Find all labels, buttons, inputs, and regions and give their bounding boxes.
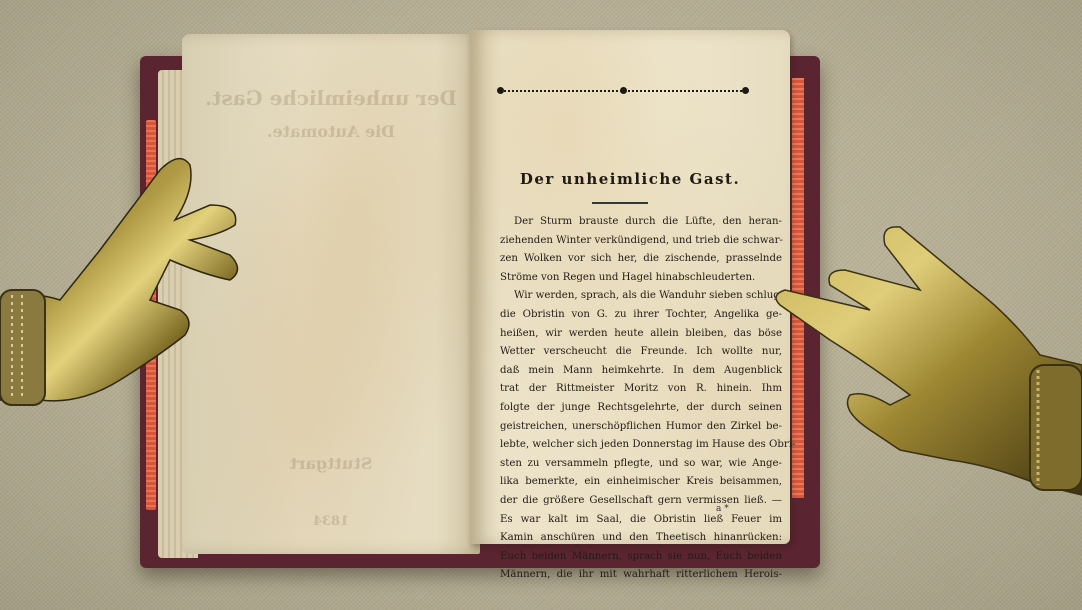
- text-line: Kamin anschüren und den Theetisch hinanr…: [500, 529, 782, 548]
- text-line: Euch beiden Männern, sprach sie nun, Euc…: [500, 548, 782, 567]
- text-line: lika bemerkte, ein einheimischer Kreis b…: [500, 473, 782, 492]
- text-line: heißen, wir werden heute allein bleiben,…: [500, 325, 782, 344]
- ornament-bead: [620, 87, 627, 94]
- ornament-bead: [497, 87, 504, 94]
- ornament-bead: [742, 87, 749, 94]
- title-rule: [592, 202, 648, 204]
- text-line: geistreichen, unerschöpflichen Humor den…: [500, 418, 782, 437]
- text-line: zen Wolken vor sich her, die zischende, …: [500, 250, 782, 269]
- text-line: Es war kalt im Saal, die Obristin ließ F…: [500, 511, 782, 530]
- brass-hand-right: [770, 215, 1082, 505]
- brass-hand-left: [0, 150, 250, 420]
- photo-scene: Der unheimliche Gast. Die Automate. Stut…: [0, 0, 1082, 610]
- show-through-subtitle: Die Automate.: [182, 122, 480, 141]
- text-line: daß mein Mann heimkehrte. In dem Augenbl…: [500, 362, 782, 381]
- show-through-place: Stuttgart: [182, 454, 480, 473]
- text-line: der die größere Gesellschaft gern vermis…: [500, 492, 782, 511]
- text-line: lebte, welcher sich jeden Donnerstag im …: [500, 436, 782, 455]
- text-line: Ströme von Regen und Hagel hinabschleude…: [500, 269, 782, 288]
- text-line: Männern, die ihr mit wahrhaft ritterlich…: [500, 566, 782, 585]
- text-line: Der Sturm brauste durch die Lüfte, den h…: [500, 213, 782, 232]
- signature-mark: a *: [716, 504, 729, 514]
- right-page: Der unheimliche Gast. Der Sturm brauste …: [470, 30, 790, 544]
- text-line: folgte der junge Rechtsgelehrte, der dur…: [500, 399, 782, 418]
- text-line: trat der Rittmeister Moritz von R. hinei…: [500, 380, 782, 399]
- text-line: Wir werden, sprach, als die Wanduhr sieb…: [500, 287, 782, 306]
- text-line: Wetter verscheucht die Freunde. Ich woll…: [500, 343, 782, 362]
- text-line: ziehenden Winter verkündigend, und trieb…: [500, 232, 782, 251]
- text-line: die Obristin von G. zu ihrer Tochter, An…: [500, 306, 782, 325]
- show-through-year: 1834: [182, 514, 480, 529]
- text-line: sten zu versammeln pflegte, und so war, …: [500, 455, 782, 474]
- show-through-title: Der unheimliche Gast.: [182, 86, 480, 110]
- chapter-title: Der unheimliche Gast.: [470, 170, 790, 188]
- body-text: Der Sturm brauste durch die Lüfte, den h…: [500, 213, 782, 585]
- ornament-rule: [500, 90, 746, 100]
